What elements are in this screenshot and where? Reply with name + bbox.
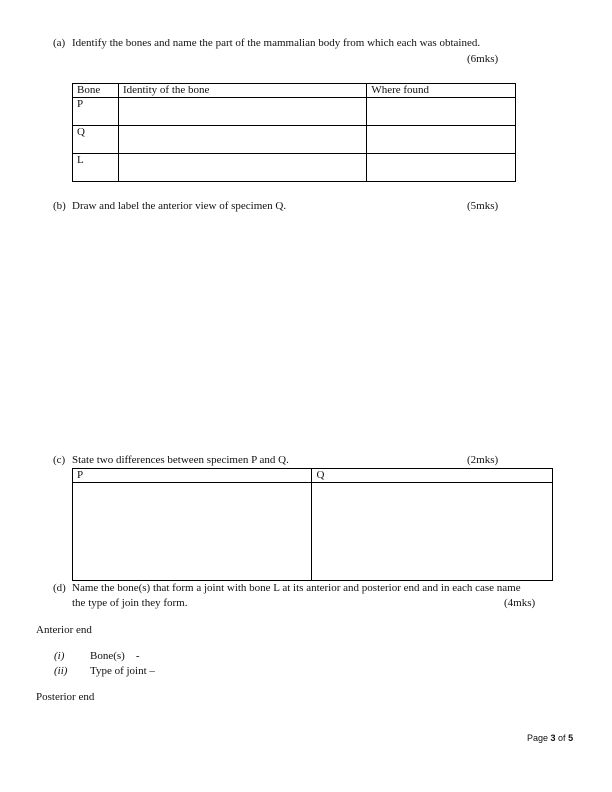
question-c-marks: (2mks) xyxy=(467,454,498,467)
table-row: L xyxy=(73,154,516,182)
header-q: Q xyxy=(312,469,553,483)
question-d-prompt-line1: Name the bone(s) that form a joint with … xyxy=(72,582,521,594)
question-a-prompt: Identify the bones and name the part of … xyxy=(72,37,480,49)
anterior-item-bones: (i)Bone(s) - xyxy=(54,650,140,663)
item-text: Bone(s) - xyxy=(90,650,140,662)
question-d-marks: (4mks) xyxy=(504,597,535,610)
bone-cell: Q xyxy=(73,126,119,154)
where-found-cell[interactable] xyxy=(367,154,516,182)
p-answer-cell[interactable] xyxy=(73,483,312,581)
anterior-item-joint: (ii)Type of joint – xyxy=(54,665,155,678)
posterior-heading: Posterior end xyxy=(36,691,94,704)
header-identity: Identity of the bone xyxy=(118,84,366,98)
header-where-found: Where found xyxy=(367,84,516,98)
differences-table-header: P Q xyxy=(73,469,553,483)
question-b-label: (b) xyxy=(53,200,72,213)
item-number: (i) xyxy=(54,650,90,663)
question-a-label: (a) xyxy=(53,37,72,50)
q-answer-cell[interactable] xyxy=(312,483,553,581)
anterior-heading: Anterior end xyxy=(36,624,92,637)
header-p: P xyxy=(73,469,312,483)
question-a-text: (a)Identify the bones and name the part … xyxy=(53,37,480,50)
question-b-marks: (5mks) xyxy=(467,200,498,213)
header-bone: Bone xyxy=(73,84,119,98)
bones-table: Bone Identity of the bone Where found P … xyxy=(72,83,516,182)
page-middle: of xyxy=(556,733,569,743)
question-b-prompt: Draw and label the anterior view of spec… xyxy=(72,200,286,212)
bones-table-header: Bone Identity of the bone Where found xyxy=(73,84,516,98)
question-b-text: (b)Draw and label the anterior view of s… xyxy=(53,200,286,213)
question-d-text: (d)Name the bone(s) that form a joint wi… xyxy=(53,582,521,595)
table-row: Q xyxy=(73,126,516,154)
table-row xyxy=(73,483,553,581)
item-text: Type of joint – xyxy=(90,665,155,677)
bone-cell: P xyxy=(73,98,119,126)
where-found-cell[interactable] xyxy=(367,98,516,126)
page-total: 5 xyxy=(568,733,573,743)
identity-cell[interactable] xyxy=(118,126,366,154)
drawing-area[interactable] xyxy=(53,218,553,448)
where-found-cell[interactable] xyxy=(367,126,516,154)
table-row: P xyxy=(73,98,516,126)
page-prefix: Page xyxy=(527,733,551,743)
differences-table: P Q xyxy=(72,468,553,581)
question-c-label: (c) xyxy=(53,454,72,467)
question-d-label: (d) xyxy=(53,582,72,595)
question-c-prompt: State two differences between specimen P… xyxy=(72,454,289,466)
question-d-prompt-line2: the type of join they form. xyxy=(72,597,187,610)
item-number: (ii) xyxy=(54,665,90,678)
question-a-marks: (6mks) xyxy=(467,53,498,66)
question-c-text: (c)State two differences between specime… xyxy=(53,454,289,467)
identity-cell[interactable] xyxy=(118,98,366,126)
identity-cell[interactable] xyxy=(118,154,366,182)
bone-cell: L xyxy=(73,154,119,182)
page-number: Page 3 of 5 xyxy=(527,733,573,743)
